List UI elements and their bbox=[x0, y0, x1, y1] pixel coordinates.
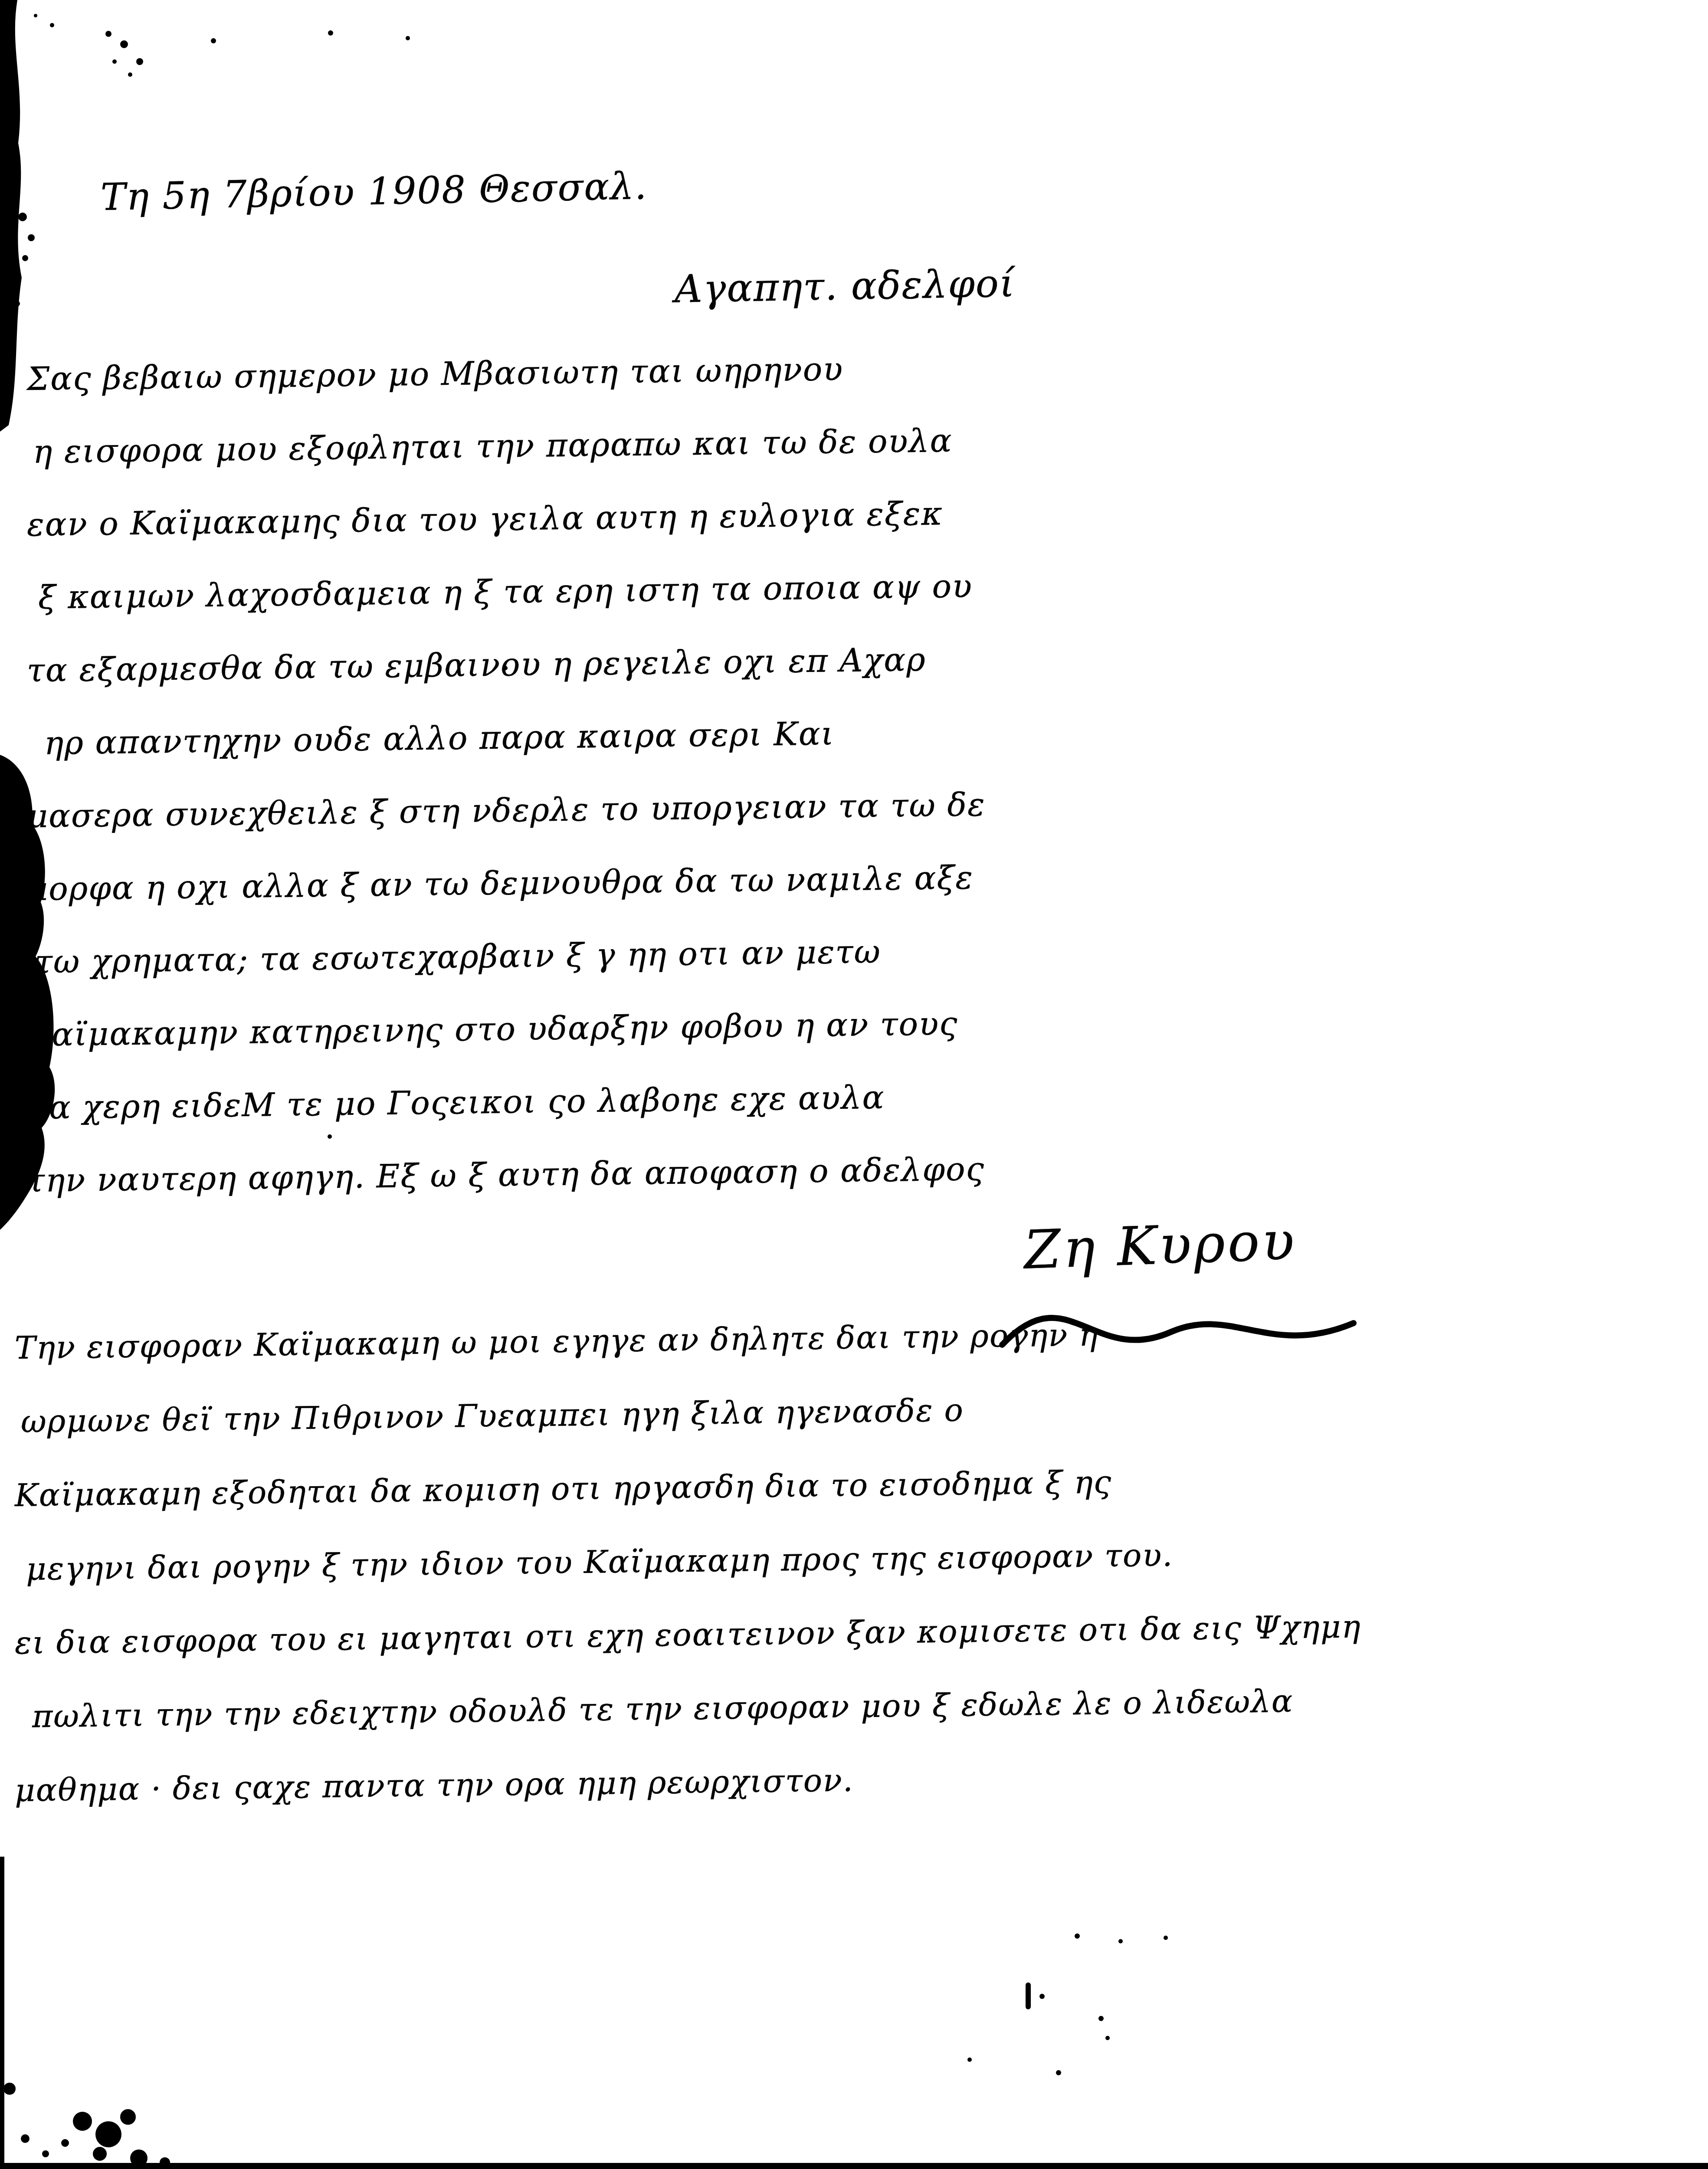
footnote-dot bbox=[1039, 1994, 1045, 1999]
body-paragraph-2: Την εισφοραν Καϊμακαμη ω μοι εγηγε αν δη… bbox=[15, 1311, 1702, 1827]
date-line: Τη 5η 7βρίου 1908 Θεσσαλ. bbox=[100, 164, 648, 219]
footnote-tick-mark bbox=[1026, 1982, 1031, 2009]
body-paragraph-1: Σας βεβαιω σημερον μο Μβασιωτη ται ωηρην… bbox=[27, 343, 1693, 1217]
scanned-letter-page: Τη 5η 7βρίου 1908 Θεσσαλ. Αγαπητ. αδελφο… bbox=[0, 0, 1708, 2169]
salutation: Αγαπητ. αδελφοί bbox=[674, 261, 1016, 311]
